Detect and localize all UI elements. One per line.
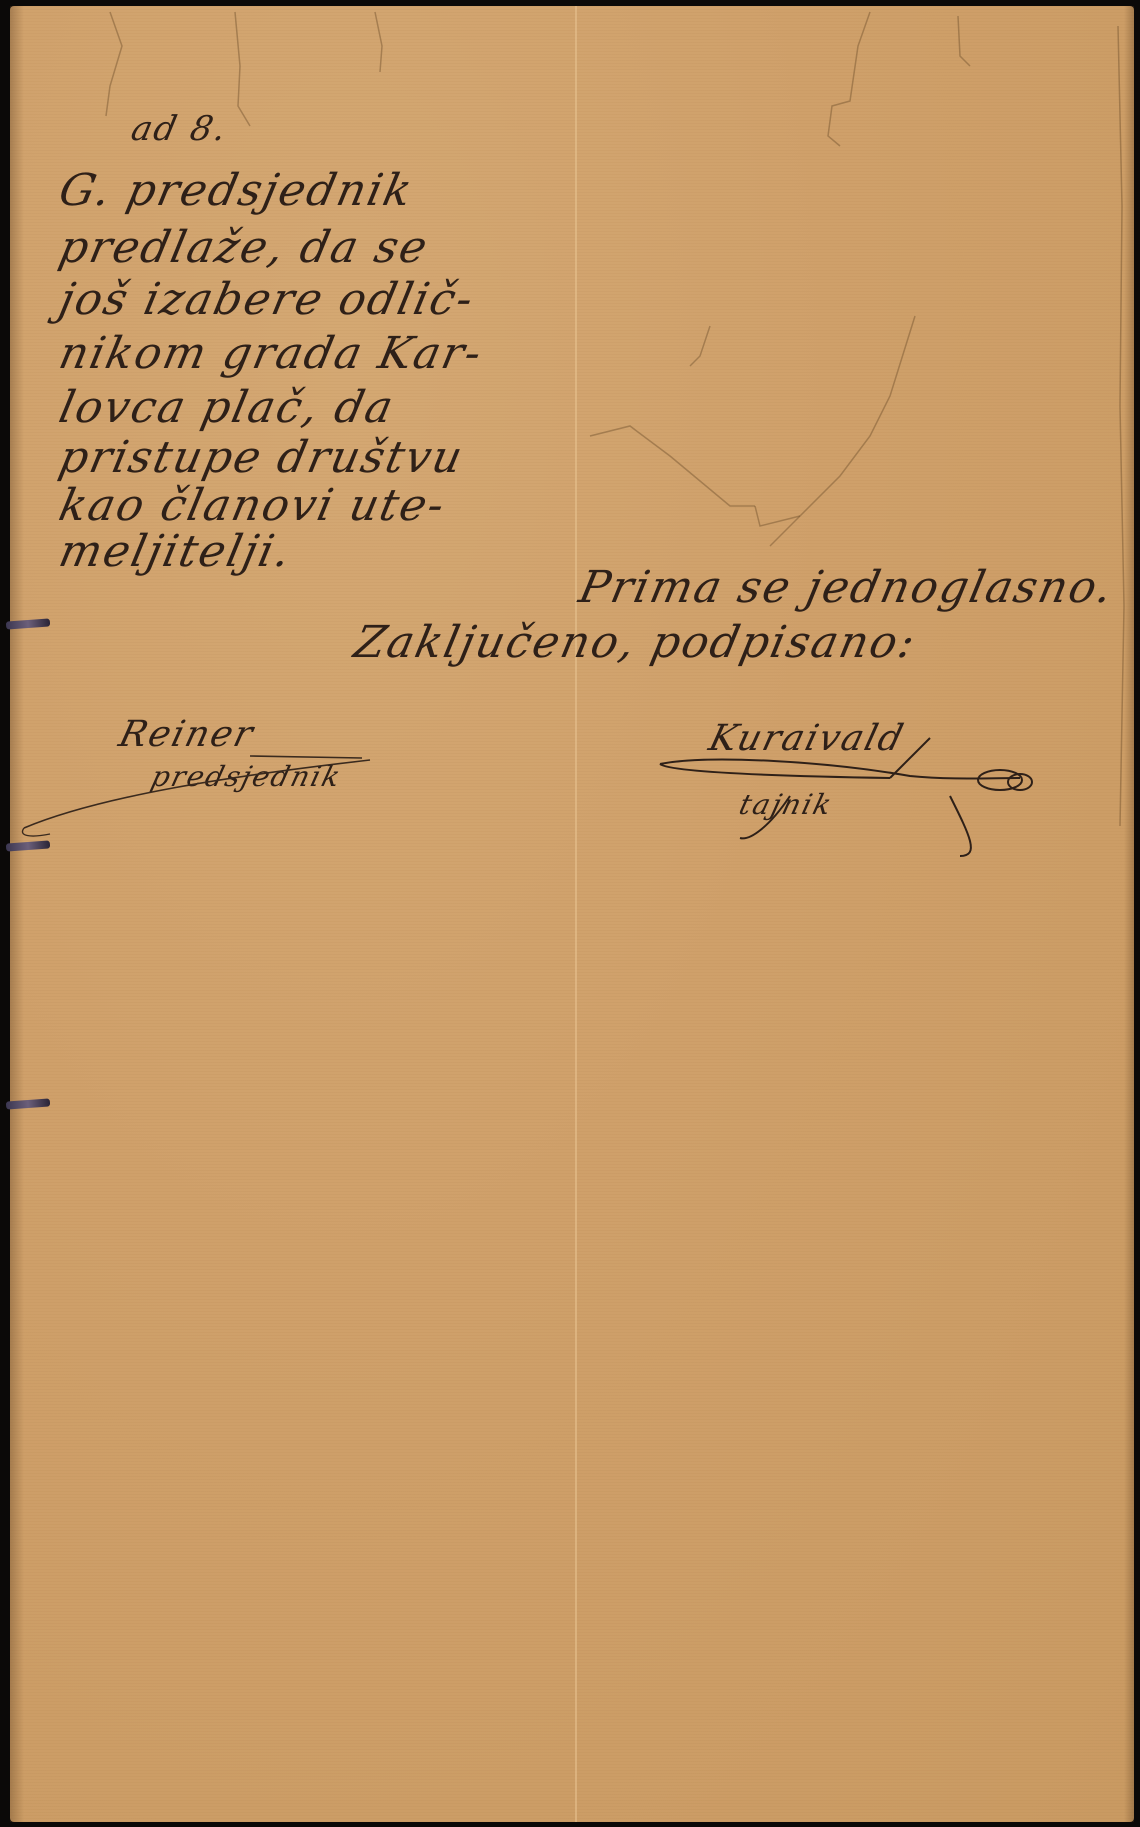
- document-page: ad 8. G. predsjednik predlaže, da se još…: [10, 6, 1134, 1822]
- binding-thread-icon: [6, 1098, 50, 1109]
- signature-flourish-right: [10, 6, 1134, 906]
